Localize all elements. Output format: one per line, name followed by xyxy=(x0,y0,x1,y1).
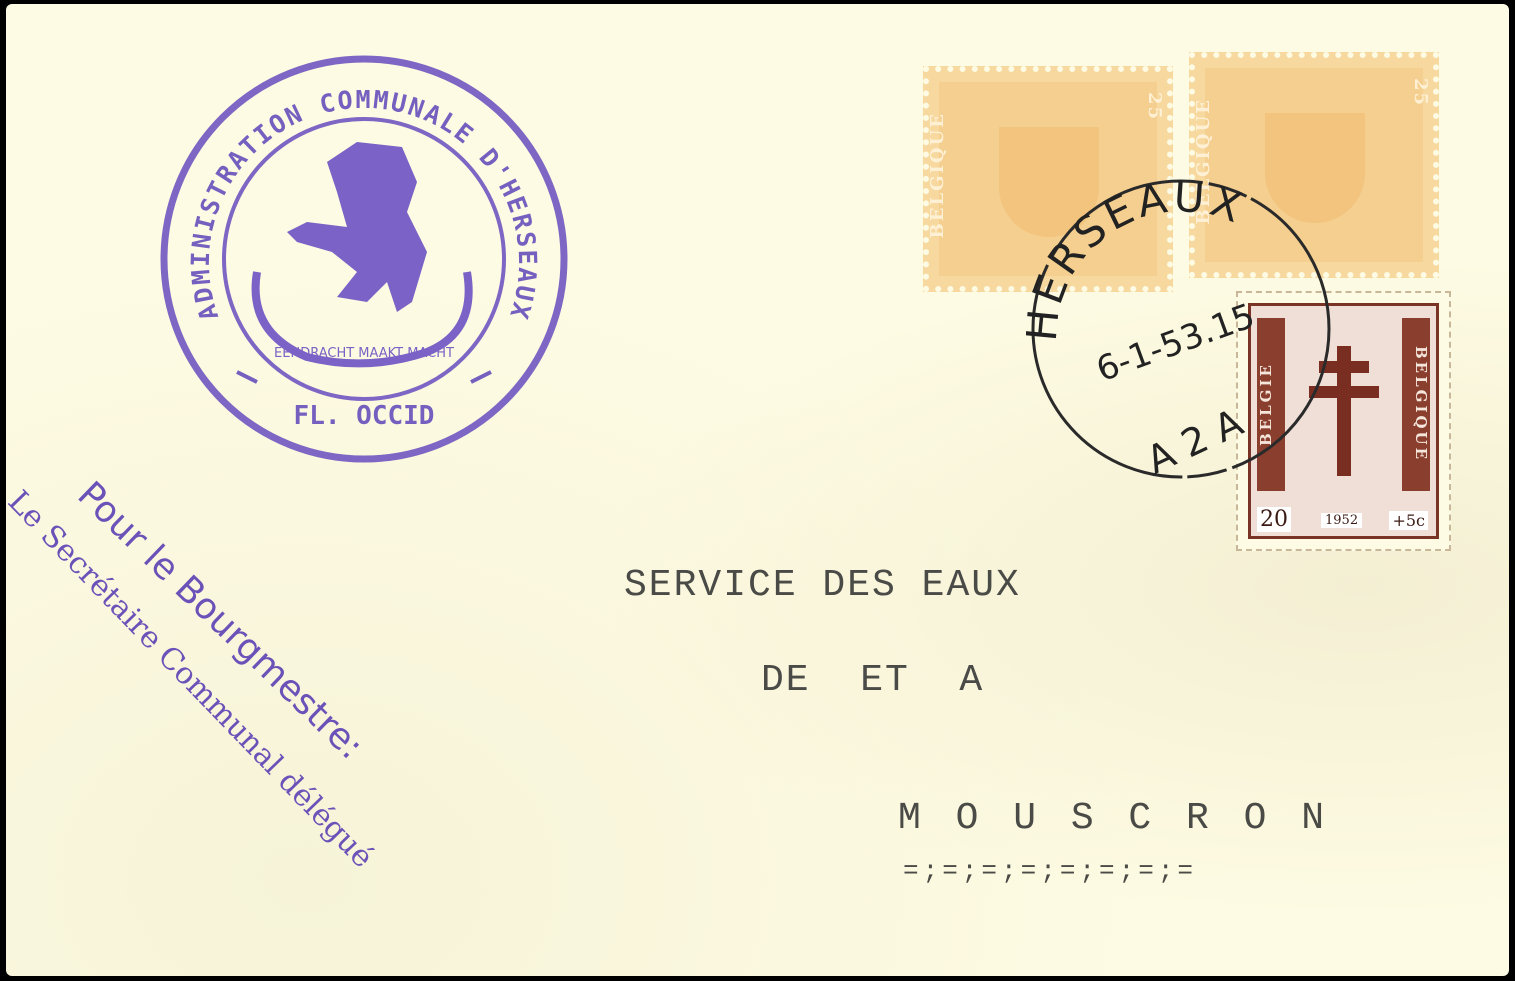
seal-bottom-text: FL. OCCID xyxy=(294,401,435,431)
stamp-value-label: 25 xyxy=(1410,78,1431,107)
postmark: HERSEAUX 6-1-53.15 A 2 A xyxy=(1026,174,1336,484)
address-city: M O U S C R O N xyxy=(898,797,1330,840)
stamp-value: 20 xyxy=(1257,507,1291,532)
postmark-date: 6-1-53.15 xyxy=(1091,296,1260,390)
address-line-2: DE ET A xyxy=(761,659,984,702)
municipal-seal: ADMINISTRATION COMMUNALE D'HERSEAUX FL. … xyxy=(157,52,571,466)
address-line-1: SERVICE DES EAUX xyxy=(624,564,1021,607)
postmark-code: A 2 A xyxy=(1140,400,1250,482)
postcard: ADMINISTRATION COMMUNALE D'HERSEAUX FL. … xyxy=(6,4,1509,976)
stamp-surcharge: +5c xyxy=(1389,511,1428,530)
stamp-value-label: 25 xyxy=(1144,92,1165,121)
address-underline: =;=;=;=;=;=;=;= xyxy=(903,856,1197,886)
stamp-year: 1952 xyxy=(1321,513,1362,528)
stamp-country-label: BELGIQUE xyxy=(927,112,948,238)
seal-ribbon-text: EENDRACHT MAAKT MACHT xyxy=(274,346,454,361)
signature-line-2: Le Secrétaire Communal délégué xyxy=(1,484,380,875)
stamp-country-right: BELGIQUE xyxy=(1402,318,1430,491)
